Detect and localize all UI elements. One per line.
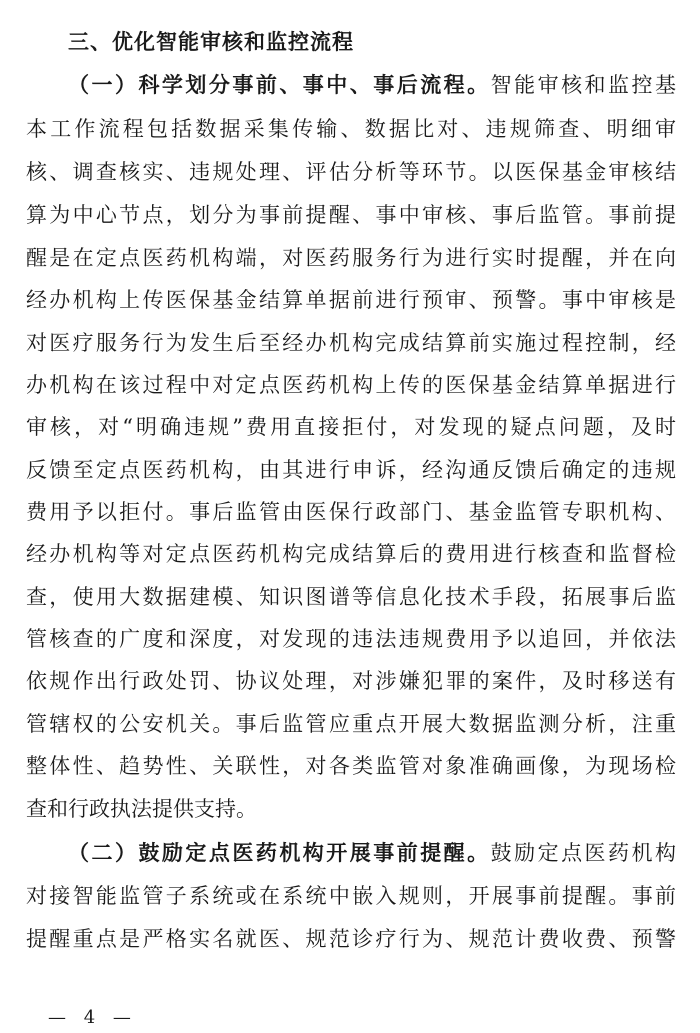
document-page: 三、优化智能审核和监控流程 （一）科学划分事前、事中、事后流程。智能审核和监控基…: [0, 0, 700, 1033]
text-line: 费用予以拒付。事后监管由医保行政部门、基金监管专职机构、: [26, 497, 676, 527]
text-line: 查和行政执法提供支持。: [26, 794, 676, 824]
paragraph-2-text: 鼓励定点医药机构: [491, 841, 676, 865]
paragraph-1-lead: （一）科学划分事前、事中、事后流程。: [68, 73, 491, 97]
text-line: 反馈至定点医药机构，由其进行申诉，经沟通反馈后确定的违规: [26, 455, 676, 485]
text-line: 办机构在该过程中对定点医药机构上传的医保基金结算单据进行: [26, 370, 676, 400]
paragraph-2-lead: （二）鼓励定点医药机构开展事前提醒。: [68, 841, 491, 865]
text-line: 经办机构上传医保基金结算单据前进行预审、预警。事中审核是: [26, 285, 676, 315]
section-heading: 三、优化智能审核和监控流程: [68, 27, 354, 57]
text-line: 对接智能监管子系统或在系统中嵌入规则，开展事前提醒。事前: [26, 881, 676, 911]
text-line: 查，使用大数据建模、知识图谱等信息化技术手段，拓展事后监: [26, 582, 676, 612]
text-line: 醒是在定点医药机构端，对医药服务行为进行实时提醒，并在向: [26, 243, 676, 273]
text-line: 提醒重点是严格实名就医、规范诊疗行为、规范计费收费、预警: [26, 924, 676, 954]
text-line: 整体性、趋势性、关联性，对各类监管对象准确画像，为现场检: [26, 751, 676, 781]
text-line: 算为中心节点，划分为事前提醒、事中审核、事后监管。事前提: [26, 200, 676, 230]
text-line: 本工作流程包括数据采集传输、数据比对、违规筛查、明细审: [26, 114, 676, 144]
paragraph-1-line-1: （一）科学划分事前、事中、事后流程。智能审核和监控基: [68, 70, 676, 100]
text-line: 审核，对“明确违规”费用直接拒付，对发现的疑点问题，及时: [26, 412, 676, 442]
text-line: 经办机构等对定点医药机构完成结算后的费用进行核查和监督检: [26, 539, 676, 569]
text-line: 管核查的广度和深度，对发现的违法违规费用予以追回，并依法: [26, 624, 676, 654]
text-line: 核、调查核实、违规处理、评估分析等环节。以医保基金审核结: [26, 157, 676, 187]
page-number: — 4 —: [48, 1006, 137, 1030]
text-line: 管辖权的公安机关。事后监管应重点开展大数据监测分析，注重: [26, 709, 676, 739]
paragraph-1-text: 智能审核和监控基: [491, 73, 676, 97]
text-line: 对医疗服务行为发生后至经办机构完成结算前实施过程控制，经: [26, 328, 676, 358]
paragraph-2-line-1: （二）鼓励定点医药机构开展事前提醒。鼓励定点医药机构: [68, 838, 676, 868]
text-line: 依规作出行政处罚、协议处理，对涉嫌犯罪的案件，及时移送有: [26, 666, 676, 696]
